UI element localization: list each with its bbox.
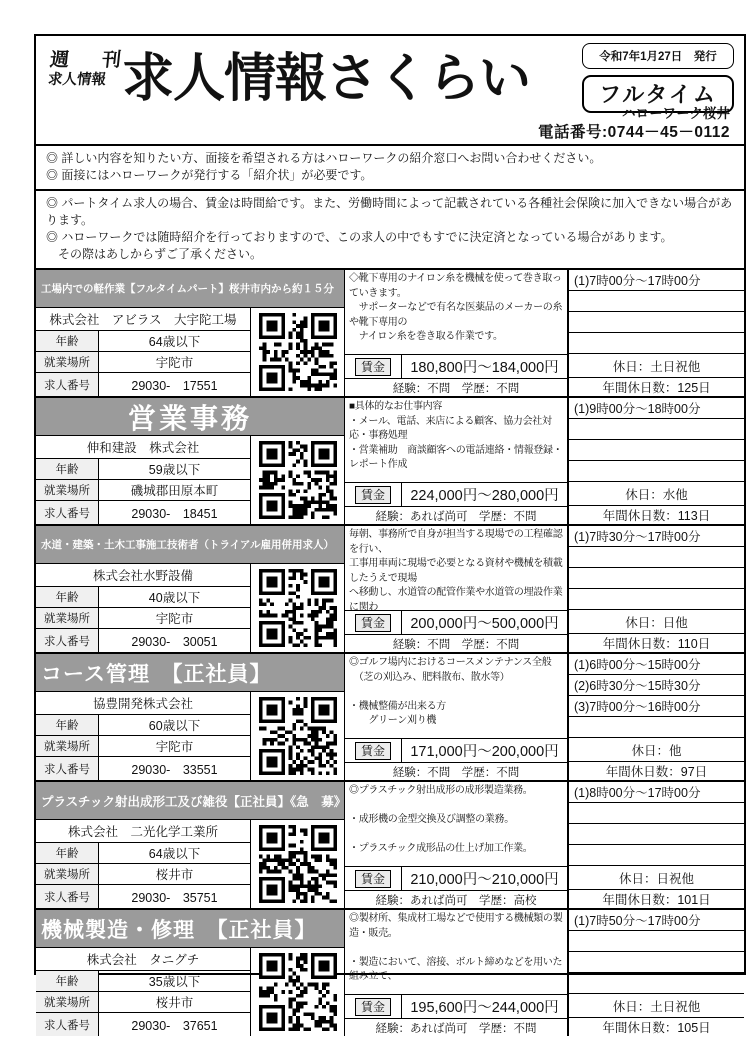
- text-line: ◎ 面接にはハローワークが発行する「紹介状」が必要です。: [46, 167, 734, 184]
- company-name: 株式会社 タニグチ: [36, 948, 250, 971]
- job-left-body: 協豊開発株式会社 年齢 60歳以下 就業場所 宇陀市 求人番号 29030- 3…: [36, 692, 344, 780]
- job-info-table: 伸和建設 株式会社 年齢 59歳以下 就業場所 磯城郡田原本町 求人番号 290…: [36, 436, 251, 524]
- text-line: ナイロン糸を巻き取る作業です。: [349, 330, 563, 345]
- job-info-table: 株式会社水野設備 年齢 40歳以下 就業場所 宇陀市 求人番号 29030- 3…: [36, 564, 251, 652]
- experience-education-line: 経験：あれば尚可 学歴：不問: [345, 1019, 567, 1036]
- working-hours-slot-2: [569, 931, 744, 952]
- working-hours-slot-1: (1)7時50分～17時00分: [569, 910, 744, 931]
- experience-education-line: 経験：あれば尚可 学歴：高校: [345, 891, 567, 908]
- job-title-bar: プラスチック射出成形工及び雑役【正社員】《急 募》: [36, 782, 344, 820]
- weekly-label-line2: 求人情報: [47, 72, 127, 89]
- text-line: ・プラスチック成形品の仕上げ加工作業。: [349, 842, 563, 857]
- wage-row: 賃金 180,800円～184,000円: [345, 355, 567, 379]
- job-left-body: 株式会社 タニグチ 年齢 35歳以下 就業場所 桜井市 求人番号 29030- …: [36, 948, 344, 1036]
- working-hours-slot-4: [569, 461, 744, 482]
- working-hours-slot-3: (3)7時00分～16時00分: [569, 696, 744, 717]
- job-number-label: 求人番号: [36, 885, 99, 908]
- wage-label: 賃金: [355, 358, 391, 376]
- job-card: コース管理 【正社員】 協豊開発株式会社 年齢 60歳以下 就業場所 宇陀市 求…: [36, 654, 744, 782]
- wage-label: 賃金: [355, 742, 391, 760]
- job-card: プラスチック射出成形工及び雑役【正社員】《急 募》 株式会社 二光化学工業所 年…: [36, 782, 744, 910]
- wage-label-cell: 賃金: [345, 739, 402, 762]
- age-value: 59歳以下: [99, 459, 250, 479]
- age-row: 年齢 64歳以下: [36, 331, 250, 352]
- job-number-value: 29030- 35751: [99, 885, 250, 908]
- issue-date-badge: 令和7年1月27日 発行: [582, 43, 734, 69]
- working-hours-slot-4: [569, 845, 744, 866]
- job-listings: 工場内での軽作業【フルタイムパート】桜井市内から約１５分 株式会社 アビラス 大…: [36, 270, 744, 1036]
- office-phone: 電話番号:0744－45－0112: [538, 123, 730, 142]
- holiday-line: 休日：日他: [569, 610, 744, 634]
- age-row: 年齢 60歳以下: [36, 715, 250, 736]
- office-contact: ハローワーク桜井 電話番号:0744－45－0112: [538, 106, 730, 142]
- text-line: ・製造において、溶接、ボルト締めなどを用いた組み立て、: [349, 956, 563, 985]
- age-row: 年齢 35歳以下: [36, 971, 250, 992]
- age-value: 60歳以下: [99, 715, 250, 735]
- age-label: 年齢: [36, 587, 99, 607]
- wage-value: 195,600円～244,000円: [402, 995, 567, 1018]
- text-line: [349, 828, 563, 843]
- job-right-block: (1)7時00分～17時00分 休日：土日祝他 年間休日数：125日: [569, 270, 744, 396]
- workplace-row: 就業場所 桜井市: [36, 992, 250, 1013]
- qr-cell: [251, 308, 344, 396]
- text-line: ◎製材所、集成材工場などで使用する機械類の製造・販売。: [349, 912, 563, 941]
- wage-label-cell: 賃金: [345, 483, 402, 506]
- age-value: 40歳以下: [99, 587, 250, 607]
- working-hours-slot-1: (1)7時30分～17時00分: [569, 526, 744, 547]
- job-left-body: 株式会社 アビラス 大宇陀工場 年齢 64歳以下 就業場所 宇陀市 求人番号 2…: [36, 308, 344, 396]
- job-right-block: (1)9時00分～18時00分 休日：水他 年間休日数：113日: [569, 398, 744, 524]
- job-number-row: 求人番号 29030- 18451: [36, 501, 250, 524]
- job-number-value: 29030- 18451: [99, 501, 250, 524]
- working-hours-slot-2: [569, 803, 744, 824]
- working-hours-slot-2: [569, 291, 744, 312]
- text-line: ・機械整備が出来る方: [349, 700, 563, 715]
- job-right-block: (1)6時00分～15時00分 (2)6時30分～15時30分 (3)7時00分…: [569, 654, 744, 780]
- job-title-bar: 営業事務: [36, 398, 344, 436]
- job-number-label: 求人番号: [36, 501, 99, 524]
- wage-value: 224,000円～280,000円: [402, 483, 567, 506]
- qr-cell: [251, 436, 344, 524]
- qr-code: [259, 441, 337, 519]
- working-hours-slot-1: (1)8時00分～17時00分: [569, 782, 744, 803]
- job-info-table: 協豊開発株式会社 年齢 60歳以下 就業場所 宇陀市 求人番号 29030- 3…: [36, 692, 251, 780]
- masthead: 週 刊 求人情報 求人情報さくらい 令和7年1月27日 発行 フルタイム ハロー…: [36, 36, 744, 146]
- working-hours-slot-4: [569, 333, 744, 354]
- job-left-block: 営業事務 伸和建設 株式会社 年齢 59歳以下 就業場所 磯城郡田原本町 求人番…: [36, 398, 345, 524]
- job-middle-block: ◎ゴルフ場内におけるコースメンテナンス全般 （芝の刈込み、肥料散布、散水等） ・…: [345, 654, 569, 780]
- working-hours-slot-2: (2)6時30分～15時30分: [569, 675, 744, 696]
- job-title-bar: コース管理 【正社員】: [36, 654, 344, 692]
- job-number-row: 求人番号 29030- 30051: [36, 629, 250, 652]
- age-label: 年齢: [36, 971, 99, 991]
- wage-row: 賃金 224,000円～280,000円: [345, 483, 567, 507]
- age-value: 64歳以下: [99, 331, 250, 351]
- text-line: ◎ パートタイム求人の場合、賃金は時間給です。また、労働時間によって記載されてい…: [46, 195, 734, 229]
- text-line: （芝の刈込み、肥料散布、散水等）: [349, 671, 563, 686]
- workplace-value: 宇陀市: [99, 736, 250, 756]
- working-hours-slot-4: [569, 717, 744, 738]
- working-hours-slot-2: [569, 419, 744, 440]
- job-left-block: コース管理 【正社員】 協豊開発株式会社 年齢 60歳以下 就業場所 宇陀市 求…: [36, 654, 345, 780]
- weekly-label: 週 刊 求人情報: [47, 50, 129, 89]
- job-description: ◎製材所、集成材工場などで使用する機械類の製造・販売。 ・製造において、溶接、ボ…: [345, 910, 567, 995]
- text-line: ・メール、電話、来店による顧客、協力会社対応・事務処理: [349, 415, 563, 444]
- job-number-row: 求人番号 29030- 37651: [36, 1013, 250, 1036]
- annual-holidays-line: 年間休日数：125日: [569, 378, 744, 396]
- age-label: 年齢: [36, 715, 99, 735]
- qr-cell: [251, 820, 344, 908]
- wage-label: 賃金: [355, 614, 391, 632]
- age-value: 64歳以下: [99, 843, 250, 863]
- job-number-row: 求人番号 29030- 35751: [36, 885, 250, 908]
- wage-value: 200,000円～500,000円: [402, 611, 567, 634]
- job-number-label: 求人番号: [36, 629, 99, 652]
- wage-label-cell: 賃金: [345, 995, 402, 1018]
- working-hours-slot-4: [569, 973, 744, 994]
- workplace-row: 就業場所 桜井市: [36, 864, 250, 885]
- age-label: 年齢: [36, 843, 99, 863]
- wage-label: 賃金: [355, 486, 391, 504]
- working-hours-slot-4: [569, 589, 744, 610]
- annual-holidays-line: 年間休日数：110日: [569, 634, 744, 652]
- experience-education-line: 経験：不問 学歴：不問: [345, 763, 567, 780]
- wage-value: 171,000円～200,000円: [402, 739, 567, 762]
- qr-code: [259, 697, 337, 775]
- qr-cell: [251, 692, 344, 780]
- working-hours-slot-3: [569, 952, 744, 973]
- text-line: 毎朝、事務所で自身が担当する現場での工程確認を行い、: [349, 528, 563, 557]
- workplace-label: 就業場所: [36, 864, 99, 884]
- weekly-label-line1: 週 刊: [49, 50, 129, 72]
- job-description: ■具体的なお仕事内容・メール、電話、来店による顧客、協力会社対応・事務処理・営業…: [345, 398, 567, 483]
- workplace-value: 宇陀市: [99, 352, 250, 372]
- age-value: 35歳以下: [99, 971, 250, 991]
- working-hours-slot-1: (1)6時00分～15時00分: [569, 654, 744, 675]
- qr-cell: [251, 948, 344, 1036]
- job-title-bar: 機械製造・修理 【正社員】: [36, 910, 344, 948]
- job-number-row: 求人番号 29030- 17551: [36, 373, 250, 396]
- job-middle-block: ◎プラスチック射出成形の成形製造業務。 ・成形機の金型交換及び調整の業務。 ・プ…: [345, 782, 569, 908]
- job-title-bar: 水道・建築・土木工事施工技術者（トライアル雇用併用求人）: [36, 526, 344, 564]
- job-description: ◎ゴルフ場内におけるコースメンテナンス全般 （芝の刈込み、肥料散布、散水等） ・…: [345, 654, 567, 739]
- workplace-value: 桜井市: [99, 864, 250, 884]
- wage-row: 賃金 171,000円～200,000円: [345, 739, 567, 763]
- workplace-label: 就業場所: [36, 352, 99, 372]
- annual-holidays-line: 年間休日数：101日: [569, 890, 744, 908]
- job-right-block: (1)8時00分～17時00分 休日：日祝他 年間休日数：101日: [569, 782, 744, 908]
- company-name: 株式会社 アビラス 大宇陀工場: [36, 308, 250, 331]
- text-line: ◎ 詳しい内容を知りたい方、面接を希望される方はハローワークの紹介窓口へお問い合…: [46, 150, 734, 167]
- wage-label-cell: 賃金: [345, 355, 402, 378]
- qr-code: [259, 569, 337, 647]
- job-info-table: 株式会社 二光化学工業所 年齢 64歳以下 就業場所 桜井市 求人番号 2903…: [36, 820, 251, 908]
- workplace-row: 就業場所 宇陀市: [36, 736, 250, 757]
- holiday-line: 休日：他: [569, 738, 744, 762]
- wage-row: 賃金 195,600円～244,000円: [345, 995, 567, 1019]
- experience-education-line: 経験：あれば尚可 学歴：不問: [345, 507, 567, 524]
- job-number-row: 求人番号 29030- 33551: [36, 757, 250, 780]
- working-hours-slot-1: (1)7時00分～17時00分: [569, 270, 744, 291]
- job-number-label: 求人番号: [36, 1013, 99, 1036]
- job-card: 水道・建築・土木工事施工技術者（トライアル雇用併用求人） 株式会社水野設備 年齢…: [36, 526, 744, 654]
- job-title-bar: 工場内での軽作業【フルタイムパート】桜井市内から約１５分: [36, 270, 344, 308]
- wage-label-cell: 賃金: [345, 611, 402, 634]
- annual-holidays-line: 年間休日数：97日: [569, 762, 744, 780]
- workplace-row: 就業場所 宇陀市: [36, 608, 250, 629]
- holiday-line: 休日：土日祝他: [569, 994, 744, 1018]
- text-line: 工事用車両に現場で必要となる資材や機械を積載したうえで現場: [349, 557, 563, 586]
- experience-education-line: 経験：不問 学歴：不問: [345, 635, 567, 652]
- job-right-block: (1)7時30分～17時00分 休日：日他 年間休日数：110日: [569, 526, 744, 652]
- experience-education-line: 経験：不問 学歴：不問: [345, 379, 567, 396]
- job-info-table: 株式会社 アビラス 大宇陀工場 年齢 64歳以下 就業場所 宇陀市 求人番号 2…: [36, 308, 251, 396]
- workplace-label: 就業場所: [36, 608, 99, 628]
- wage-value: 210,000円～210,000円: [402, 867, 567, 890]
- text-line: ◎ゴルフ場内におけるコースメンテナンス全般: [349, 656, 563, 671]
- job-left-block: 工場内での軽作業【フルタイムパート】桜井市内から約１５分 株式会社 アビラス 大…: [36, 270, 345, 396]
- page-title: 求人情報さくらい: [122, 36, 530, 111]
- wage-row: 賃金 210,000円～210,000円: [345, 867, 567, 891]
- job-middle-block: ■具体的なお仕事内容・メール、電話、来店による顧客、協力会社対応・事務処理・営業…: [345, 398, 569, 524]
- job-number-label: 求人番号: [36, 757, 99, 780]
- annual-holidays-line: 年間休日数：105日: [569, 1018, 744, 1036]
- company-name: 株式会社水野設備: [36, 564, 250, 587]
- age-row: 年齢 59歳以下: [36, 459, 250, 480]
- job-left-body: 株式会社水野設備 年齢 40歳以下 就業場所 宇陀市 求人番号 29030- 3…: [36, 564, 344, 652]
- job-number-value: 29030- 17551: [99, 373, 250, 396]
- text-line: ◎ ハローワークでは随時紹介を行っておりますので、この求人の中でもすでに決定済と…: [46, 229, 734, 246]
- text-line: サポーターなどで有名な医薬品のメーカーの糸や靴下専用の: [349, 301, 563, 330]
- working-hours-slot-3: [569, 824, 744, 845]
- job-middle-block: 毎朝、事務所で自身が担当する現場での工程確認を行い、工事用車両に現場で必要となる…: [345, 526, 569, 652]
- workplace-label: 就業場所: [36, 736, 99, 756]
- workplace-row: 就業場所 宇陀市: [36, 352, 250, 373]
- holiday-line: 休日：水他: [569, 482, 744, 506]
- job-left-body: 株式会社 二光化学工業所 年齢 64歳以下 就業場所 桜井市 求人番号 2903…: [36, 820, 344, 908]
- job-left-block: プラスチック射出成形工及び雑役【正社員】《急 募》 株式会社 二光化学工業所 年…: [36, 782, 345, 908]
- workplace-value: 磯城郡田原本町: [99, 480, 250, 500]
- text-line: ・成形機の金型交換及び調整の業務。: [349, 813, 563, 828]
- flyer-frame: 週 刊 求人情報 求人情報さくらい 令和7年1月27日 発行 フルタイム ハロー…: [34, 34, 746, 975]
- wage-row: 賃金 200,000円～500,000円: [345, 611, 567, 635]
- workplace-label: 就業場所: [36, 480, 99, 500]
- workplace-label: 就業場所: [36, 992, 99, 1012]
- job-left-block: 機械製造・修理 【正社員】 株式会社 タニグチ 年齢 35歳以下 就業場所 桜井…: [36, 910, 345, 1036]
- notice-box-2: ◎ パートタイム求人の場合、賃金は時間給です。また、労働時間によって記載されてい…: [36, 191, 744, 270]
- working-hours-slot-3: [569, 568, 744, 589]
- text-line: [349, 799, 563, 814]
- job-left-block: 水道・建築・土木工事施工技術者（トライアル雇用併用求人） 株式会社水野設備 年齢…: [36, 526, 345, 652]
- workplace-value: 桜井市: [99, 992, 250, 1012]
- annual-holidays-line: 年間休日数：113日: [569, 506, 744, 524]
- job-left-body: 伸和建設 株式会社 年齢 59歳以下 就業場所 磯城郡田原本町 求人番号 290…: [36, 436, 344, 524]
- wage-label-cell: 賃金: [345, 867, 402, 890]
- job-flyer-page: 週 刊 求人情報 求人情報さくらい 令和7年1月27日 発行 フルタイム ハロー…: [0, 0, 750, 1061]
- job-middle-block: ◎製材所、集成材工場などで使用する機械類の製造・販売。 ・製造において、溶接、ボ…: [345, 910, 569, 1036]
- wage-value: 180,800円～184,000円: [402, 355, 567, 378]
- text-line: ・営業補助 商談顧客への電話連絡・情報登録・レポート作成: [349, 444, 563, 473]
- working-hours-slot-2: [569, 547, 744, 568]
- job-info-table: 株式会社 タニグチ 年齢 35歳以下 就業場所 桜井市 求人番号 29030- …: [36, 948, 251, 1036]
- qr-code: [259, 825, 337, 903]
- job-number-label: 求人番号: [36, 373, 99, 396]
- qr-code: [259, 953, 337, 1031]
- wage-label: 賃金: [355, 870, 391, 888]
- notice-box-1: ◎ 詳しい内容を知りたい方、面接を希望される方はハローワークの紹介窓口へお問い合…: [36, 146, 744, 191]
- job-number-value: 29030- 30051: [99, 629, 250, 652]
- text-line: [349, 685, 563, 700]
- job-description: ◇靴下専用のナイロン糸を機械を使って巻き取っていきます。 サポーターなどで有名な…: [345, 270, 567, 355]
- job-card: 工場内での軽作業【フルタイムパート】桜井市内から約１５分 株式会社 アビラス 大…: [36, 270, 744, 398]
- job-card: 機械製造・修理 【正社員】 株式会社 タニグチ 年齢 35歳以下 就業場所 桜井…: [36, 910, 744, 1036]
- holiday-line: 休日：日祝他: [569, 866, 744, 890]
- company-name: 伸和建設 株式会社: [36, 436, 250, 459]
- qr-code: [259, 313, 337, 391]
- text-line: ◎プラスチック射出成形の成形製造業務。: [349, 784, 563, 799]
- working-hours-slot-3: [569, 312, 744, 333]
- age-label: 年齢: [36, 459, 99, 479]
- age-label: 年齢: [36, 331, 99, 351]
- job-description: ◎プラスチック射出成形の成形製造業務。 ・成形機の金型交換及び調整の業務。 ・プ…: [345, 782, 567, 867]
- workplace-value: 宇陀市: [99, 608, 250, 628]
- office-name: ハローワーク桜井: [538, 106, 730, 123]
- text-line: [349, 941, 563, 956]
- text-line: グリーン刈り機: [349, 714, 563, 729]
- text-line: ■具体的なお仕事内容: [349, 400, 563, 415]
- job-right-block: (1)7時50分～17時00分 休日：土日祝他 年間休日数：105日: [569, 910, 744, 1036]
- age-row: 年齢 40歳以下: [36, 587, 250, 608]
- badges: 令和7年1月27日 発行 フルタイム: [582, 43, 734, 113]
- workplace-row: 就業場所 磯城郡田原本町: [36, 480, 250, 501]
- job-number-value: 29030- 37651: [99, 1013, 250, 1036]
- holiday-line: 休日：土日祝他: [569, 354, 744, 378]
- job-card: 営業事務 伸和建設 株式会社 年齢 59歳以下 就業場所 磯城郡田原本町 求人番…: [36, 398, 744, 526]
- text-line: ◇靴下専用のナイロン糸を機械を使って巻き取っていきます。: [349, 272, 563, 301]
- text-line: その際はあしからずご了承ください。: [46, 246, 734, 263]
- job-number-value: 29030- 33551: [99, 757, 250, 780]
- text-line: へ移動し、水道管の配管作業や水道管の埋設作業に関わ: [349, 586, 563, 611]
- job-description: 毎朝、事務所で自身が担当する現場での工程確認を行い、工事用車両に現場で必要となる…: [345, 526, 567, 611]
- working-hours-slot-3: [569, 440, 744, 461]
- working-hours-slot-1: (1)9時00分～18時00分: [569, 398, 744, 419]
- job-middle-block: ◇靴下専用のナイロン糸を機械を使って巻き取っていきます。 サポーターなどで有名な…: [345, 270, 569, 396]
- qr-cell: [251, 564, 344, 652]
- company-name: 株式会社 二光化学工業所: [36, 820, 250, 843]
- age-row: 年齢 64歳以下: [36, 843, 250, 864]
- company-name: 協豊開発株式会社: [36, 692, 250, 715]
- wage-label: 賃金: [355, 998, 391, 1016]
